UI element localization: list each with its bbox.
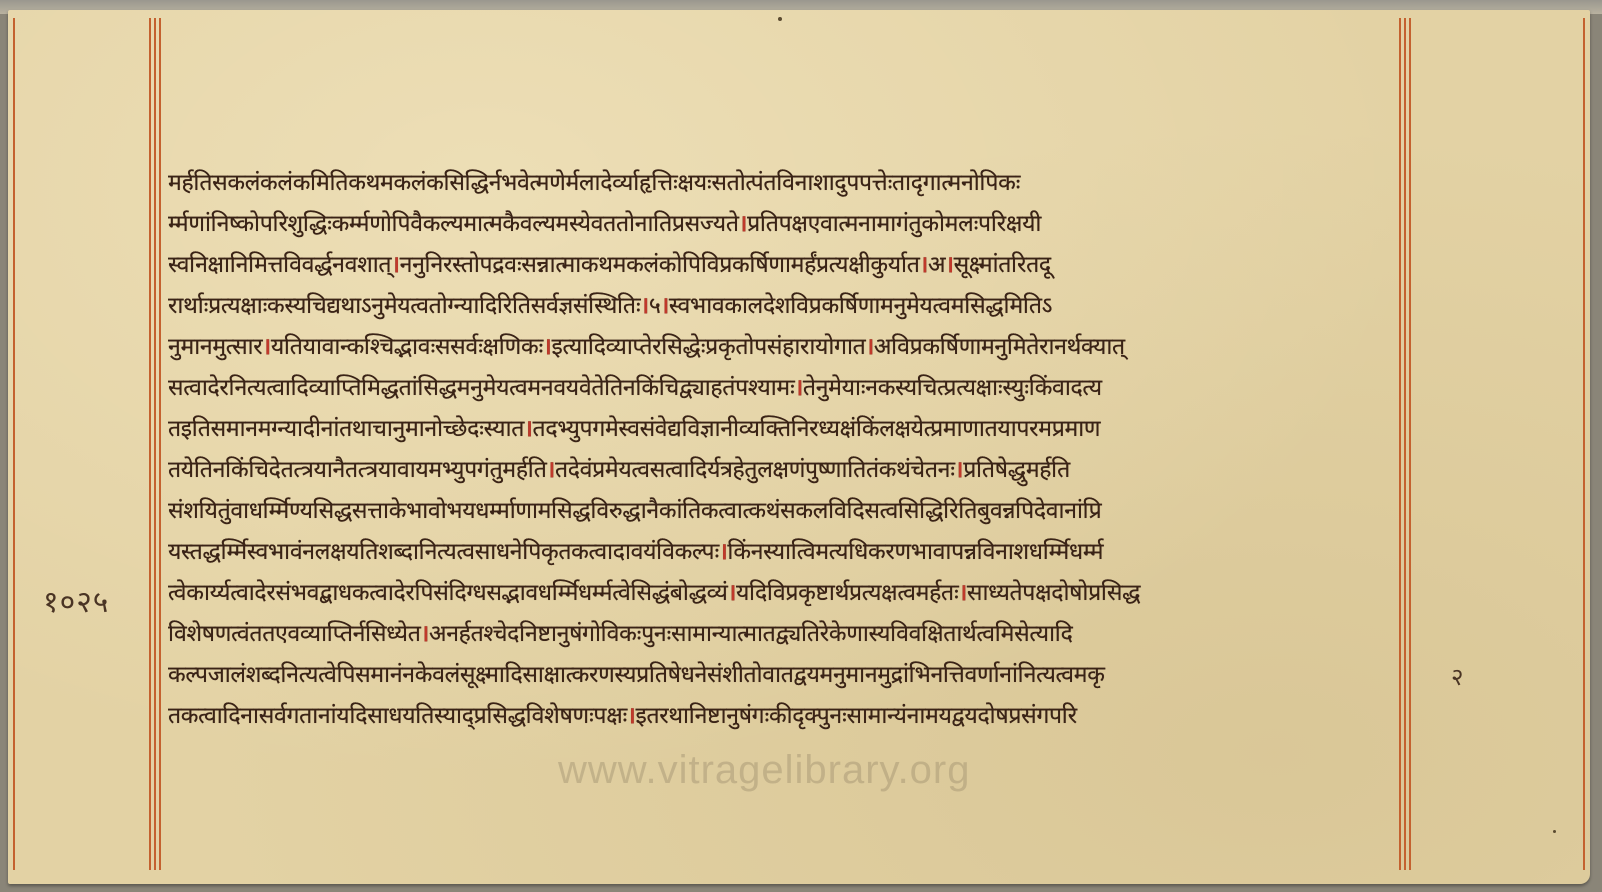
text-segment: स्वभावकालदेशविप्रकर्षिणामनुमेयत्वमसिद्धम… [669, 293, 1052, 319]
text-line: त्वेकार्य्यत्वादेरसंभवद्बाधकत्वादेरपिसंद… [168, 573, 1413, 614]
text-line: तयेतिनकिंचिदेतत्त्रयानैतत्त्रयावायमभ्युप… [168, 450, 1413, 491]
red-danda: । [955, 457, 963, 483]
red-danda: । [920, 252, 928, 278]
text-segment: तेनुमेयाःनकस्यचित्प्रत्यक्षाःस्युःकिंवाद… [803, 375, 1102, 401]
text-segment: अ [928, 252, 945, 278]
text-segment: रार्थाःप्रत्यक्षाःकस्यचिद्यथाऽनुमेयत्वतो… [168, 293, 640, 319]
red-danda: । [524, 416, 532, 442]
text-segment: किंनस्यात्विमत्यधिकरणभावापन्नविनाशधर्म्म… [727, 539, 1103, 565]
text-line: नुमानमुत्सार।यतियावान्कश्चिद्भावःससर्वःक… [168, 327, 1413, 368]
text-segment: यस्तद्धर्म्मिस्वभावंनलक्षयतिशब्दानित्यत्… [168, 539, 719, 565]
text-segment: र्म्मणांनिष्कोपरिशुद्धिःकर्म्मणोपिवैकल्य… [168, 211, 739, 237]
text-segment: कल्पजालंशब्दनित्यत्वेपिसमानंनकेवलंसूक्ष्… [168, 662, 1105, 688]
text-segment: यदिविप्रकृष्टार्थप्रत्यक्षत्वमर्हतः [736, 580, 959, 606]
left-inner-rule-2 [154, 18, 156, 870]
text-line: तइतिसमानमग्न्यादीनांतथाचानुमानोच्छेदःस्य… [168, 409, 1413, 450]
paper-speck [1553, 830, 1556, 833]
left-outer-rule [13, 18, 15, 870]
text-line: स्वनिक्षानिमित्तविवर्द्धनवशात्।ननुनिरस्त… [168, 245, 1413, 286]
red-danda: । [794, 375, 802, 401]
text-segment: विशेषणत्वंततएवव्याप्तिर्नसिध्येत [168, 621, 421, 647]
text-segment: इतरथानिष्टानुषंगःकीदृक्पुनःसामान्यंनामयद… [635, 703, 1076, 729]
manuscript-text: मर्हतिसकलंकलंकमितिकथमकलंकसिद्धिर्नभवेत्म… [168, 163, 1413, 737]
text-segment: तइतिसमानमग्न्यादीनांतथाचानुमानोच्छेदःस्य… [168, 416, 524, 442]
text-line: विशेषणत्वंततएवव्याप्तिर्नसिध्येत।अनर्हतश… [168, 614, 1413, 655]
text-line: यस्तद्धर्म्मिस्वभावंनलक्षयतिशब्दानित्यत्… [168, 532, 1413, 573]
text-segment: अविप्रकर्षिणामनुमितेरानर्थक्यात् [874, 334, 1125, 360]
text-segment: प्रतिपक्षएवात्मनामागंतुकोमलःपरिक्षयी [747, 211, 1041, 237]
text-segment: ननुनिरस्तोपद्रवःसन्नात्माकथमकलंकोपिविप्र… [400, 252, 920, 278]
text-segment: यतियावान्कश्चिद्भावःससर्वःक्षणिकः [271, 334, 543, 360]
left-inner-rule-3 [159, 18, 161, 870]
red-danda: । [391, 252, 399, 278]
right-outer-rule [1583, 18, 1585, 870]
text-segment: त्वेकार्य्यत्वादेरसंभवद्बाधकत्वादेरपिसंद… [168, 580, 728, 606]
text-segment: तयेतिनकिंचिदेतत्त्रयानैतत्त्रयावायमभ्युप… [168, 457, 547, 483]
red-danda: । [865, 334, 873, 360]
text-line: र्म्मणांनिष्कोपरिशुद्धिःकर्म्मणोपिवैकल्य… [168, 204, 1413, 245]
text-line: संशयितुंवाधर्म्मिण्यसिद्धसत्ताकेभावोभयधर… [168, 491, 1413, 532]
red-danda: । [739, 211, 747, 237]
text-line: कल्पजालंशब्दनित्यत्वेपिसमानंनकेवलंसूक्ष्… [168, 655, 1413, 696]
text-segment: तकत्वादिनासर्वगतानांयदिसाधयतिस्याद्प्रसि… [168, 703, 627, 729]
text-segment: ५ [649, 293, 661, 319]
text-line: तकत्वादिनासर्वगतानांयदिसाधयतिस्याद्प्रसि… [168, 696, 1413, 737]
paper-speck [778, 17, 782, 21]
page-number: २ [1451, 660, 1464, 693]
text-line: रार्थाःप्रत्यक्षाःकस्यचिद्यथाऽनुमेयत्वतो… [168, 286, 1413, 327]
manuscript-page: १०२५ २ मर्हतिसकलंकलंकमितिकथमकलंकसिद्धिर्… [8, 10, 1590, 884]
red-danda: । [421, 621, 429, 647]
text-segment: सत्वादेरनित्यत्वादिव्याप्तिमिद्धतांसिद्ध… [168, 375, 794, 401]
text-segment: तदेवंप्रमेयत्वसत्वादिर्यत्रहेतुलक्षणंपुष… [555, 457, 955, 483]
watermark: www.vitragelibrary.org [558, 748, 971, 793]
text-line: सत्वादेरनित्यत्वादिव्याप्तिमिद्धतांसिद्ध… [168, 368, 1413, 409]
text-segment: सूक्ष्मांतरितदू [954, 252, 1051, 278]
left-inner-rule-1 [149, 18, 151, 870]
text-segment: स्वनिक्षानिमित्तविवर्द्धनवशात् [168, 252, 391, 278]
text-line: मर्हतिसकलंकलंकमितिकथमकलंकसिद्धिर्नभवेत्म… [168, 163, 1413, 204]
text-segment: मर्हतिसकलंकलंकमितिकथमकलंकसिद्धिर्नभवेत्म… [168, 170, 1020, 196]
text-segment: साध्यतेपक्षदोषोप्रसिद्ध [967, 580, 1140, 606]
red-danda: । [945, 252, 953, 278]
red-danda: । [640, 293, 648, 319]
text-segment: अनर्हतश्चेदनिष्टानुषंगोविकःपुनःसामान्यात… [429, 621, 1073, 647]
red-danda: । [262, 334, 270, 360]
text-segment: संशयितुंवाधर्म्मिण्यसिद्धसत्ताकेभावोभयधर… [168, 498, 1101, 524]
red-danda: । [547, 457, 555, 483]
red-danda: । [958, 580, 966, 606]
text-segment: प्रतिषेद्धुमर्हति [963, 457, 1070, 483]
red-danda: । [728, 580, 736, 606]
text-segment: नुमानमुत्सार [168, 334, 262, 360]
folio-number: १०२५ [43, 580, 109, 621]
text-segment: तदभ्युपगमेस्वसंवेद्यविज्ञानीव्यक्तिनिरध्… [533, 416, 1101, 442]
text-segment: इत्यादिव्याप्तेरसिद्धेःप्रकृतोपसंहारायोग… [551, 334, 865, 360]
red-danda: । [660, 293, 668, 319]
